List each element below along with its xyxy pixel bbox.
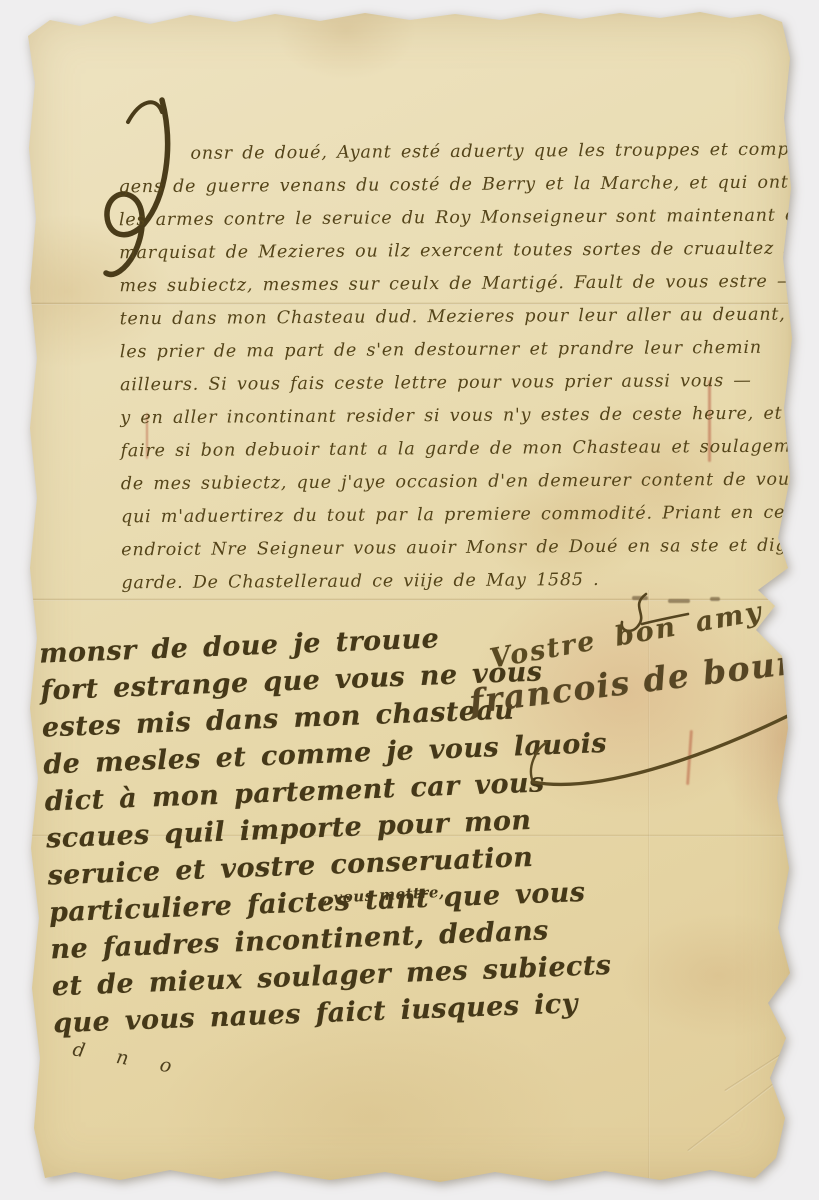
letter-line: faire si bon debuoir tant a la garde de … [120,431,780,469]
manuscript-page: onsr de doué, Ayant esté aduerty que les… [20,8,796,1188]
letter-line: y en aller incontinant resider si vous n… [120,398,780,436]
paper-tear [710,597,720,601]
letter-line: qui m'aduertirez du tout par la premiere… [121,497,781,535]
manuscript-scan: onsr de doué, Ayant esté aduerty que les… [0,0,819,1200]
letter-line: de mes subiectz, que j'aye occasion d'en… [121,464,781,502]
letter-line: endroict Nre Seigneur vous auoir Monsr d… [121,530,781,568]
bottom-notation: d n o [71,1038,186,1079]
letter-line: les armes contre le seruice du Roy Monse… [119,200,779,238]
manuscript-page-wrap: onsr de doué, Ayant esté aduerty que les… [20,8,796,1188]
letter-line: ailleurs. Si vous fais ceste lettre pour… [120,365,780,403]
letter-line: les prier de ma part de s'en destourner … [120,332,780,370]
signature-flourish [525,698,810,796]
letter-line: tenu dans mon Chasteau dud. Mezieres pou… [120,299,780,337]
fold-crease-corner [724,1029,819,1092]
letter-line: mes subiectz, mesmes sur ceulx de Martig… [119,266,779,304]
letter-line: gens de guerre venans du costé de Berry … [119,167,779,205]
letter-line: onsr de doué, Ayant esté aduerty que les… [190,134,778,171]
letter-body: onsr de doué, Ayant esté aduerty que les… [118,134,781,601]
letter-line: marquisat de Mezieres ou ilz exercent to… [119,233,779,271]
